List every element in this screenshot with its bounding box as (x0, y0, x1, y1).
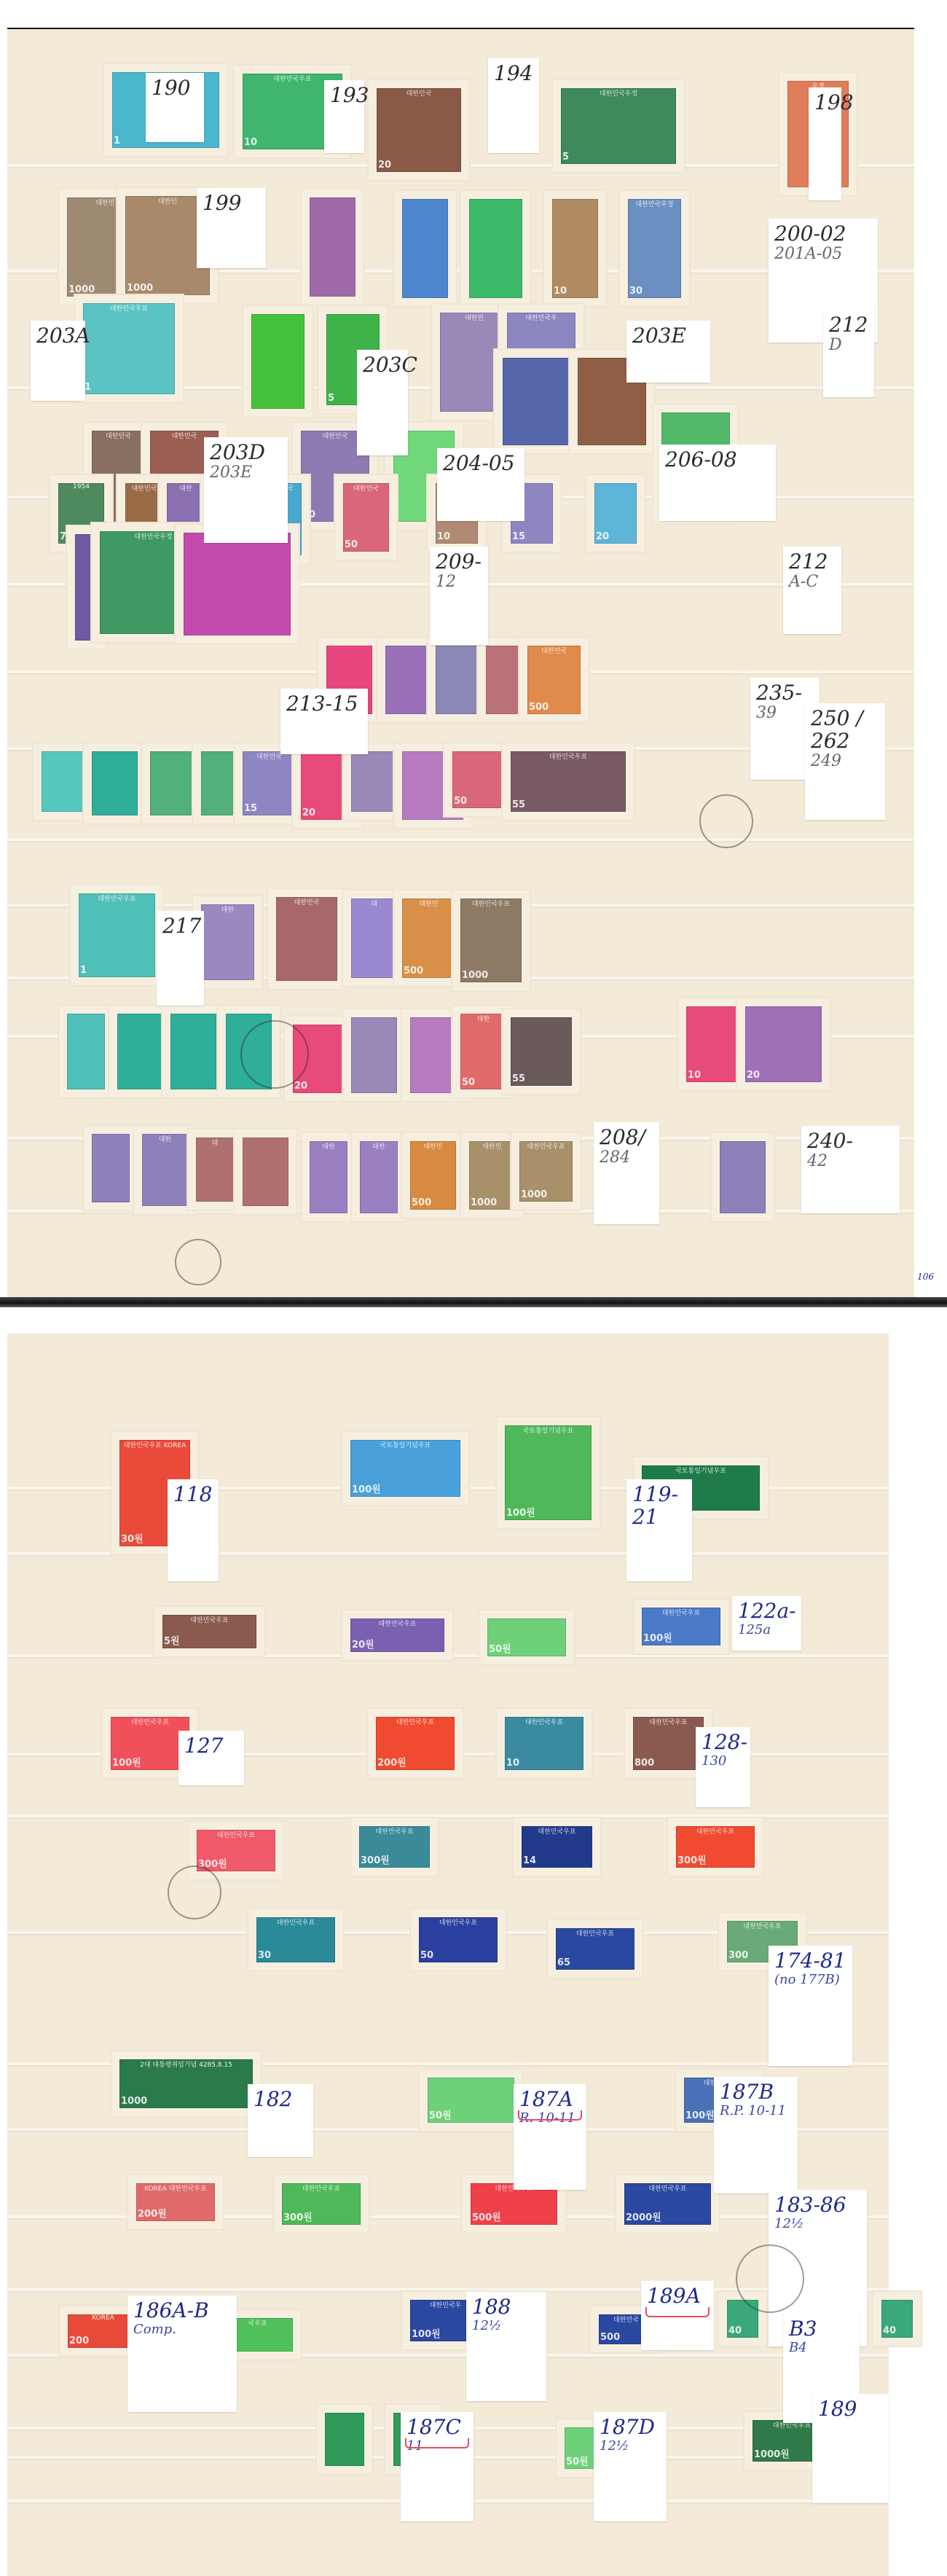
stamp: 대 (188, 1130, 242, 1210)
stamp (317, 2405, 372, 2474)
stamp-denomination: 40 (728, 2325, 742, 2336)
stamp: 대한민국우표14 (514, 1818, 600, 1876)
stamp-denomination: 500 (404, 966, 423, 976)
catalog-number: 183-86 (774, 2194, 861, 2217)
stamp-inscription: 대한민국우표 (359, 1826, 430, 1836)
stamp-inscription: 대한민국우표 (727, 1921, 798, 1931)
catalog-note: Comp. (133, 2322, 231, 2337)
stamp-inscription (745, 1006, 822, 1017)
pocket-strip (7, 838, 914, 841)
stamp-denomination: 100원 (685, 2107, 715, 2121)
stamp-denomination: 50 (454, 796, 467, 807)
stamp (235, 1130, 296, 1214)
stamp-denomination: 1000 (521, 1189, 547, 1200)
catalog-note: 130 (702, 1754, 744, 1769)
stamp-denomination: 40 (883, 2325, 896, 2336)
stamp: 대한민국우정30 (620, 191, 689, 306)
stamp: 대한민국우표30 (248, 1909, 343, 1970)
stamp-inscription: 대한민국우표 (83, 303, 175, 313)
stamp-inscription (385, 646, 431, 656)
catalog-number: 188 (472, 2296, 541, 2319)
stamp-inscription (326, 646, 372, 656)
stamp-inscription: 대 (196, 1138, 234, 1148)
stamp-denomination: 20원 (352, 1637, 374, 1651)
stamp-inscription: 대한민국우표 (511, 751, 626, 762)
catalog-number-label: 217 (157, 911, 204, 1006)
stamp-inscription: 대한민 (440, 313, 508, 323)
stamp-inscription (243, 1138, 288, 1148)
catalog-number-label: 209-12 (430, 547, 488, 645)
stamp-denomination: 50 (462, 1077, 475, 1088)
stamp-denomination: 300원 (677, 1852, 707, 1866)
stamp-design (170, 1014, 216, 1089)
stamp-inscription: 대한민국우표 (376, 1717, 455, 1727)
catalog-note: 201A-05 (774, 246, 872, 263)
stamp-inscription: 대한민국 (377, 88, 461, 98)
stamp: 국토통일기념우표100원 (497, 1417, 600, 1528)
catalog-note: 203E (210, 464, 282, 482)
stamp-denomination: 300원 (198, 1856, 227, 1870)
catalog-number-label: 187D12½ (594, 2412, 667, 2521)
catalog-number: 118 (173, 1484, 213, 1506)
catalog-number: 203D (210, 442, 282, 464)
stamp: 대한민국우표100원 (634, 1600, 728, 1653)
catalog-number: 213-15 (286, 693, 362, 716)
stamp-denomination: 1 (80, 965, 87, 976)
catalog-number-label: 194 (488, 58, 539, 153)
stamp-inscription: 대한민국우정 (561, 88, 676, 98)
stamp: 대한민국우표2000원 (616, 2175, 719, 2233)
catalog-number-label: 174-81(no 177B) (769, 1946, 852, 2066)
catalog-number-label: 250 / 262249 (805, 703, 885, 820)
catalog-number-label: 18812½ (466, 2292, 546, 2401)
stamp-denomination: 100원 (412, 2326, 441, 2340)
stamp-design (79, 893, 155, 977)
stamp-inscription (661, 412, 730, 423)
stamp (162, 1006, 224, 1097)
stamp-denomination: 50원 (489, 1641, 511, 1655)
stamp: 대한민국우정5 (553, 80, 684, 172)
catalog-number: 217 (162, 915, 198, 938)
stamp-inscription: 대한민국우표 (624, 2183, 711, 2193)
stamp-inscription (503, 358, 571, 368)
stamp-inscription: 대한민국우표 (460, 899, 522, 909)
page-binding-edge (0, 1297, 947, 1307)
catalog-number-label: 206-08 (659, 445, 776, 521)
stamp-denomination: 100원 (643, 1630, 672, 1644)
stamp-inscription: 대한 (360, 1141, 398, 1151)
stamp-inscription: 대한민국우표 (197, 1830, 275, 1840)
catalog-note: 12½ (472, 2319, 541, 2333)
stamp-design (561, 88, 676, 164)
stamp-denomination: 2000원 (626, 2209, 661, 2223)
stamp: 50원 (420, 2070, 522, 2131)
stamp-inscription: 대한 (167, 483, 205, 493)
catalog-number: 250 / 262 (811, 708, 879, 753)
stamp: 대한민국우표300원 (351, 1818, 438, 1876)
stamp: 대한민국우표50 (411, 1909, 506, 1970)
catalog-number: 235- (756, 682, 814, 705)
stamp-denomination: 300원 (361, 1852, 390, 1866)
catalog-number: 203A (36, 325, 79, 348)
stamp-denomination: 5 (562, 152, 569, 163)
stamp-denomination: 100원 (112, 1755, 141, 1769)
stamp-inscription: 대한민국우표 (282, 2183, 361, 2193)
stamp-inscription: 대한민국우 (507, 313, 575, 323)
stamp: 국토통일기념우표100원 (342, 1432, 468, 1505)
catalog-number-label: 198 (809, 87, 841, 200)
stamp-denomination: 50 (420, 1950, 433, 1961)
stamp-inscription: 대한민국 (343, 483, 389, 493)
stamp-design (360, 1141, 398, 1213)
stamp: 대한민국우표1 (71, 885, 163, 985)
stamp (712, 1133, 774, 1221)
stamp-inscription: 대한민국우표 (633, 1717, 704, 1727)
stamp-inscription (594, 483, 637, 493)
stamp-denomination: 55 (512, 799, 525, 810)
stamp-inscription: 대한민국우표 KOREA (119, 1440, 190, 1450)
stamp-design (226, 1014, 272, 1089)
stamp: 50원 (479, 1610, 574, 1664)
stamp-inscription: 대한 (460, 1014, 506, 1024)
catalog-number: 212 (789, 551, 836, 573)
catalog-number-label: 186A-BComp. (127, 2295, 237, 2412)
stamp-inscription: 대한민국우표 (519, 1141, 573, 1151)
stamp (59, 1006, 113, 1097)
stamp-inscription: 대한 (142, 1134, 188, 1144)
stamp (343, 1009, 405, 1101)
stamp-denomination: 100원 (352, 1481, 381, 1495)
stamp-inscription (251, 314, 304, 324)
stamp (394, 191, 456, 306)
stamp-inscription (67, 1014, 105, 1024)
stamp: 대한민국 (268, 889, 345, 989)
stamp-inscription (170, 1014, 216, 1024)
stamp: 20 (737, 998, 830, 1090)
catalog-number: 194 (494, 63, 533, 85)
stamp-inscription: 대한민국우표 (505, 1717, 583, 1727)
catalog-number-label: 128-130 (696, 1727, 750, 1807)
catalog-note: 12½ (600, 2439, 661, 2454)
stamp-inscription: 대한민국우표 (419, 1917, 498, 1927)
catalog-number-label: 213-15 (280, 689, 368, 754)
page-number: 106 (917, 1272, 934, 1282)
stamp (84, 743, 146, 823)
stamp: KOREA 대한민국우표200원 (128, 2175, 223, 2229)
stamp: 대한 (302, 1133, 355, 1221)
stamp: 대한민국우표10 (497, 1709, 592, 1778)
stamp-inscription: 2대 대통령취임기념 4285.8.15 (119, 2059, 253, 2070)
catalog-number-label: 203E (626, 321, 710, 383)
stamp-inscription: KOREA 대한민국우표 (136, 2183, 215, 2193)
stamp: 대한 (352, 1133, 406, 1221)
stamp-inscription (42, 751, 87, 762)
stamp (495, 350, 579, 453)
catalog-number-label: 189 (812, 2394, 889, 2503)
stamp-denomination: 100원 (506, 1505, 535, 1519)
catalog-number: 127 (184, 1735, 238, 1758)
stamp: 대한민국우표1000 (452, 890, 530, 990)
catalog-number: 174-81 (774, 1950, 846, 1973)
stamp-inscription (469, 199, 522, 209)
catalog-number: 203E (632, 325, 704, 348)
stamp-design (628, 199, 681, 298)
stamp: 대한민국우표300원 (274, 2175, 369, 2233)
stamp: 대한민국500 (519, 638, 589, 722)
catalog-number-label: 182 (248, 2084, 313, 2157)
stamp: 40 (719, 2292, 766, 2346)
stamp-design (276, 897, 337, 981)
stamp-design (142, 1134, 188, 1206)
catalog-number: 204-05 (443, 453, 519, 475)
catalog-number-label: 203A (31, 321, 85, 401)
stamp-denomination: 1000 (68, 284, 95, 295)
stamp: 대한민국우표300원 (189, 1822, 283, 1879)
pocket-strip (7, 2288, 889, 2291)
catalog-number-label: 190 (146, 73, 204, 142)
stamp: 대한민국우표1000 (511, 1133, 581, 1210)
stamp-design (201, 904, 254, 980)
stamp: 대한민국우표300원 (668, 1818, 763, 1876)
stamp-inscription (881, 2300, 913, 2310)
stamp-inscription: 대한민 (402, 899, 455, 909)
stamp-inscription (552, 199, 598, 209)
catalog-number: 187C (406, 2416, 468, 2439)
stamp-denomination: 300 (728, 1950, 748, 1961)
catalog-number-label: 127 (178, 1731, 244, 1785)
catalog-note: 125a (738, 1623, 795, 1637)
catalog-number: 128- (702, 1731, 744, 1754)
stamp-denomination: 200원 (138, 2206, 167, 2220)
stamp-denomination: 1000 (462, 970, 488, 981)
stamp-inscription: 대한민국우표 (556, 1928, 634, 1938)
stamp-denomination: 500 (412, 1197, 431, 1208)
stamp-denomination: 20 (747, 1070, 760, 1081)
stamp: 대한민국우표1 (75, 295, 183, 402)
catalog-number-label: 193 (324, 80, 364, 153)
stamp-inscription (402, 199, 448, 209)
stamp-denomination: 10 (554, 286, 567, 297)
catalog-number-label: 204-05 (437, 448, 524, 521)
catalog-number-label: 212A-C (783, 547, 841, 634)
stamp-inscription (727, 2300, 758, 2310)
stamp-denomination: 30 (258, 1950, 271, 1961)
catalog-number-label: 203C (357, 350, 408, 455)
catalog-number: 198 (814, 92, 836, 114)
catalog-note: A-C (789, 573, 836, 591)
stamp-inscription: 1954 (58, 483, 104, 493)
stamp-inscription (720, 1141, 766, 1151)
catalog-number: 209- (436, 551, 482, 573)
stamp-inscription: 대한민국 (527, 646, 581, 656)
stamp-denomination: 50원 (566, 2454, 589, 2467)
stamp-design (469, 199, 522, 298)
stamp-denomination: 30원 (121, 1531, 144, 1545)
stamp-denomination: 20 (596, 531, 609, 542)
stamp-design (503, 358, 571, 445)
stamp-denomination: 55 (512, 1073, 525, 1084)
red-check-mark (645, 2307, 710, 2317)
catalog-number-label: 208/284 (594, 1122, 659, 1224)
stamp-inscription: 대한 (310, 1141, 347, 1151)
stamp-denomination: 200원 (377, 1755, 406, 1769)
stamp-denomination: 20 (294, 1081, 307, 1092)
catalog-note: D (829, 337, 868, 354)
catalog-number: 240- (807, 1130, 894, 1153)
catalog-number: 122a- (738, 1600, 795, 1623)
stamp-denomination: 1000 (127, 283, 153, 294)
catalog-number-label: 119-21 (626, 1479, 692, 1581)
stamp (302, 189, 364, 305)
stamp-inscription: 대한민국우정 (628, 199, 681, 209)
stamp-denomination: 10 (506, 1758, 519, 1769)
catalog-number-label: 118 (168, 1479, 219, 1581)
catalog-number: 190 (152, 77, 198, 100)
stamp-inscription (511, 1017, 572, 1027)
stamp-inscription (92, 1134, 130, 1144)
stamp-design (402, 199, 448, 298)
stamp: 10 (544, 191, 606, 306)
catalog-number: 189A (647, 2285, 708, 2308)
stamp: 55 (503, 1009, 580, 1094)
catalog-note: (no 177B) (774, 1973, 846, 1987)
stamp-denomination: 50 (345, 539, 358, 550)
stamp-inscription (351, 1017, 397, 1027)
stamp-inscription: 대한민국 (125, 483, 163, 493)
stamp-denomination: 200 (69, 2336, 89, 2346)
stamp (461, 191, 530, 306)
stamp-denomination: 5 (328, 393, 334, 404)
red-check-mark (405, 2438, 469, 2448)
stamp-inscription: 국토통일기념우표 (505, 1425, 592, 1436)
stamp (218, 1006, 280, 1097)
catalog-note: B4 (789, 2341, 854, 2355)
stamp-inscription (428, 2078, 514, 2088)
stamp-inscription (487, 1618, 566, 1629)
stamp-inscription: 대한민국우표 (350, 1618, 444, 1629)
catalog-note: 42 (807, 1153, 894, 1170)
stamp-denomination: 10 (437, 531, 450, 542)
stamp-inscription: 대한민국우표 (676, 1826, 755, 1836)
catalog-note: 12½ (774, 2217, 861, 2231)
catalog-number-label: 187BR.P. 10-11 (714, 2077, 798, 2193)
stamp-inscription: 대한민국우표 (79, 893, 155, 904)
stamp-inscription (326, 314, 380, 324)
catalog-number: 212 (829, 314, 868, 337)
stamp-denomination: 1000 (471, 1197, 497, 1208)
stamp-inscription: 대한민 (410, 1141, 456, 1151)
stamp-denomination: 20 (302, 807, 315, 818)
stamp-denomination: 15 (512, 531, 525, 542)
stamp: 대한 (134, 1126, 196, 1214)
catalog-note: R.P. 10-11 (720, 2104, 792, 2118)
stamp-inscription: 대한민국 (276, 897, 337, 907)
catalog-number-label: 189A (641, 2281, 714, 2350)
stamp-design (310, 1141, 347, 1213)
stamp: 20 (586, 475, 645, 552)
catalog-number: 187D (600, 2416, 661, 2439)
stamp-denomination: 300원 (283, 2209, 313, 2223)
catalog-number: 187B (720, 2081, 792, 2104)
catalog-number: 208/ (600, 1127, 653, 1149)
stamp: 대한민500 (402, 1133, 464, 1218)
stamp-inscription (325, 2413, 364, 2423)
stamp-design (351, 899, 397, 978)
catalog-number: 182 (254, 2088, 307, 2111)
catalog-number: 187A (519, 2088, 581, 2111)
stamp-denomination: 500 (600, 2332, 620, 2343)
stamp-denomination: 1000 (121, 2096, 147, 2107)
catalog-number: 206-08 (665, 449, 770, 471)
stamp-inscription: 대한민국우표 (162, 1615, 256, 1625)
catalog-number-label: 240-42 (801, 1126, 900, 1213)
stamp: 대한민국20 (369, 80, 469, 180)
stamp (243, 306, 313, 417)
stamp-design (67, 1014, 105, 1089)
stamp-denomination: 1 (114, 136, 120, 146)
stamp-inscription: 국토통일기념우표 (642, 1465, 760, 1476)
catalog-number-label: 187AR. 10-11 (514, 2084, 586, 2190)
stamp-design (251, 314, 304, 409)
stamp-inscription (150, 751, 196, 762)
catalog-number: 203C (363, 354, 402, 377)
stamp-design (310, 197, 355, 297)
catalog-note: 249 (811, 753, 879, 770)
stamp (84, 1126, 138, 1210)
stamp-denomination: 14 (523, 1855, 536, 1866)
catalog-number-label: 203D203E (204, 437, 288, 543)
stamp-denomination: 5원 (164, 1633, 180, 1647)
stamp-denomination: 500원 (472, 2209, 501, 2223)
stamp: 대한민국우표20원 (342, 1610, 452, 1660)
stamp-denomination: 10 (244, 137, 257, 148)
stamp-inscription (293, 1025, 346, 1035)
stamp: 대한민국우표65 (548, 1920, 643, 1978)
stamp-inscription: 대한민국 (92, 431, 145, 441)
stamp-inscription: 대한민국우표 (111, 1717, 189, 1727)
catalog-number-label: 212D (823, 310, 874, 397)
stamp-inscription: 대 (351, 899, 397, 909)
stamp-inscription (226, 1014, 272, 1024)
stamp-denomination: 1 (85, 382, 91, 393)
stamp-design (243, 1138, 288, 1206)
stamp-denomination: 1000원 (754, 2446, 790, 2460)
catalog-number: 186A-B (133, 2300, 231, 2322)
stamp-design (117, 1014, 163, 1089)
stamp-inscription: 대한민국우표 (522, 1826, 592, 1836)
stamp-denomination: 800 (634, 1758, 654, 1769)
stamp: 대한민국우표200원 (368, 1709, 463, 1778)
stamp-denomination: 10 (688, 1070, 701, 1081)
red-check-mark (518, 2110, 582, 2121)
catalog-number: 200-02 (774, 223, 872, 246)
stamp-inscription: 대한 (201, 904, 254, 915)
stamp-denomination: 500 (529, 702, 549, 713)
stamp: 대한민국우표55 (503, 743, 634, 820)
catalog-number-label: 122a-125a (732, 1596, 801, 1651)
stamp-denomination: 20 (378, 160, 391, 171)
catalog-number: B3 (789, 2318, 854, 2341)
catalog-number-label: 187C11 (401, 2412, 473, 2521)
stamp-inscription (310, 197, 355, 208)
stamp-design (351, 1017, 397, 1093)
stamp-inscription: 대한민국우표 (642, 1608, 720, 1618)
stamp-inscription: 국토통일기념우표 (350, 1440, 460, 1450)
stamp-denomination: 65 (557, 1957, 570, 1968)
catalog-number: 193 (330, 85, 358, 107)
stamp-design (385, 646, 431, 714)
pocket-strip (7, 1814, 889, 1817)
